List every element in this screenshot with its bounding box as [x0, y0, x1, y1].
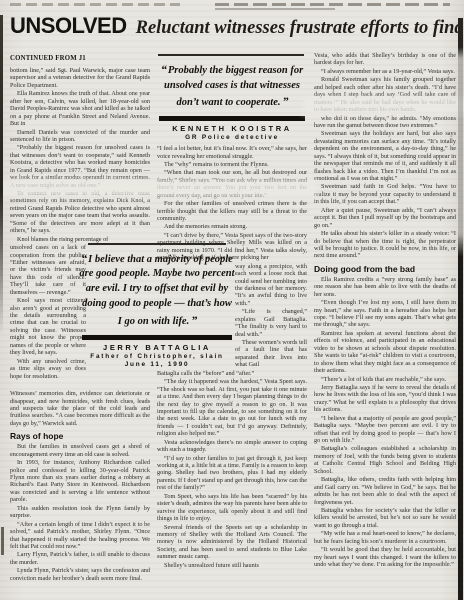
body-paragraph: Shelley’s unrealized future still haunts: [157, 562, 307, 569]
body-paragraph: And the memories remain strong.: [157, 223, 307, 230]
body-paragraph: Witnesses’ memories dim, evidence can de…: [10, 390, 150, 427]
cropped-article-remnant: [10, 3, 450, 11]
body-paragraph: To connect new cases to old, a detective…: [10, 190, 150, 235]
scan-crease-right: [306, 100, 464, 111]
column-2-text-bottom: Battaglia calls the “before” and “after.…: [157, 370, 307, 569]
body-paragraph: Sweetman said faith in God helps. “You h…: [314, 183, 456, 205]
body-paragraph: “It would be good that they be held acco…: [314, 546, 456, 568]
body-paragraph: Ella Ramirez knows the truth of that. Ab…: [10, 90, 150, 127]
column-3-text-bottom: Ella Ramirez credits a “very strong fami…: [314, 276, 456, 569]
column-2-narrow-text: way along a precipice, with each word a …: [235, 263, 307, 370]
pull-quote-text: “I believe that a majority of people are…: [79, 250, 235, 331]
attribution-bar: [159, 116, 305, 121]
body-paragraph: Ella Ramirez credits a “very strong fami…: [314, 276, 456, 298]
body-paragraph: Larry Flynn, Patrick’s father, is still …: [10, 551, 150, 566]
column-3-text-top: Vesta, who adds that Shelley’s birthday …: [314, 52, 456, 260]
attribution-role: GR Police detective: [157, 134, 307, 141]
section-kicker: UNSOLVED: [10, 13, 127, 38]
continued-from-label: CONTINUED FROM J1: [10, 55, 150, 62]
body-paragraph: Jerry Battaglia says if he were to revea…: [314, 384, 456, 414]
body-paragraph: “I’d say to other families to just get t…: [157, 455, 307, 492]
body-paragraph: “The day it happened was the hardest,” V…: [157, 378, 307, 438]
attribution-bar: [82, 335, 232, 340]
pull-quote-rule: [88, 243, 226, 245]
body-paragraph: way along a precipice, with each word a …: [235, 263, 307, 308]
newspaper-page: UNSOLVEDReluctant witnesses frustrate ef…: [0, 0, 464, 600]
pull-quote-battaglia: “I believe that a majority of people are…: [78, 243, 236, 368]
open-quote-icon: “: [161, 62, 166, 76]
body-paragraph: Knol blames the rising percentage of: [10, 236, 150, 243]
body-paragraph: After a quiet pause, Sweetman adds, “I c…: [314, 207, 456, 229]
body-paragraph: These women’s words tell of a fault line…: [235, 339, 307, 369]
body-paragraph: Battaglia’s colleagues established a sch…: [314, 445, 456, 475]
column-3: Vesta, who adds that Shelley’s birthday …: [314, 52, 456, 598]
body-paragraph: Tom Speet, who says his life has been “s…: [157, 493, 307, 523]
pull-quote-kooistra: “Probably the biggest reason for unsolve…: [157, 54, 307, 141]
quote-text: I believe that a majority of people are …: [79, 254, 234, 328]
column-1-text-mid: Witnesses’ memories dim, evidence can de…: [10, 390, 150, 427]
remnant-text-right: [215, 3, 450, 6]
column-1-text-bottom: But the families in unsolved cases get a…: [10, 443, 150, 582]
body-paragraph: Darnell Daniels was convicted of the mur…: [10, 129, 150, 144]
scan-edge-artifact-left: [0, 15, 3, 335]
headline: Reluctant witnesses frustrate efforts to…: [136, 18, 458, 38]
body-paragraph: Knol says most citizens also aren’t good…: [10, 297, 86, 357]
attribution-name: KENNETH KOOISTRA: [157, 124, 307, 133]
subhead-rays-of-hope: Rays of hope: [10, 431, 150, 441]
close-quote-icon: ”: [283, 94, 288, 108]
close-quote-icon: ”: [191, 313, 196, 327]
attribution-name: JERRY BATTAGLIA: [78, 343, 236, 352]
open-quote-icon: “: [81, 251, 86, 265]
body-paragraph: bottom line,” said Sgt. Paul Warwick, ma…: [10, 67, 150, 89]
remnant-text-left: [10, 3, 180, 6]
column-1-text-top: bottom line,” said Sgt. Paul Warwick, ma…: [10, 67, 150, 243]
body-paragraph: He talks about his sister’s killer in a …: [314, 230, 456, 260]
body-paragraph: “Even though I’ve lost my sons, I still …: [314, 299, 456, 329]
body-paragraph: “My wife has a real heart-need to know,”…: [314, 530, 456, 545]
remnant-rule: [215, 8, 335, 10]
body-paragraph: Vesta, who adds that Shelley’s birthday …: [314, 52, 456, 67]
body-paragraph: Lynda Flynn, Patrick’s sister, says the …: [10, 567, 150, 582]
headline-row: UNSOLVEDReluctant witnesses frustrate ef…: [10, 13, 458, 39]
body-paragraph: Sweetman says the holidays are hard, but…: [314, 130, 456, 182]
body-paragraph: “I feel a lot better, but it’s final now…: [157, 145, 307, 160]
body-paragraph: Vesta acknowledges there’s no simple ans…: [157, 439, 307, 454]
body-paragraph: Ramirez has spoken at several functions …: [314, 330, 456, 375]
body-paragraph: who did it on those days,” he admits. “M…: [314, 115, 456, 130]
column-1-narrow-text: unsolved cases on a lack of cooperation …: [10, 244, 86, 390]
body-paragraph: But the families in unsolved cases get a…: [10, 443, 150, 458]
scan-edge-artifact-right: [458, 18, 463, 600]
body-paragraph: In 1993, for instance, Anthony Richardso…: [10, 459, 150, 504]
body-paragraph: Battaglia calls the “before” and “after.…: [157, 370, 307, 377]
body-paragraph: With any unsolved crime, as time slips a…: [10, 358, 86, 380]
body-paragraph: “I believe that a majority of people are…: [314, 415, 456, 445]
scan-edge-artifact-left-lower: [1, 527, 4, 555]
body-paragraph: Battaglia, like others, credits faith wi…: [314, 476, 456, 506]
body-paragraph: For the other families of unsolved crime…: [157, 200, 307, 222]
body-paragraph: This sudden resolution took the Flynn fa…: [10, 505, 150, 520]
subhead-doing-good: Doing good from the bad: [314, 264, 456, 274]
body-paragraph: “Life is changed,” explains Gail Battagl…: [235, 308, 307, 338]
pull-quote-text: “Probably the biggest reason for unsolve…: [158, 61, 306, 111]
scan-crease-left: [0, 183, 314, 194]
body-paragraph: unsolved cases on a lack of cooperation …: [10, 244, 86, 296]
body-paragraph: “After a certain length of time I didn’t…: [10, 521, 150, 551]
pull-quote-rule: [158, 54, 304, 56]
body-paragraph: “There’s a lot of kids that are reachabl…: [314, 376, 456, 383]
body-paragraph: The “why” remains to torment the Flynns.: [157, 161, 307, 168]
body-paragraph: Battaglia wishes for society’s sake that…: [314, 507, 456, 529]
attribution-role: Father of Christopher, slain: [78, 353, 236, 360]
body-paragraph: “I always remember her as a 19-year-old,…: [314, 68, 456, 75]
body-paragraph: Several friends of the Speets set up a s…: [157, 524, 307, 561]
attribution-date: June 11, 1990: [78, 361, 236, 368]
